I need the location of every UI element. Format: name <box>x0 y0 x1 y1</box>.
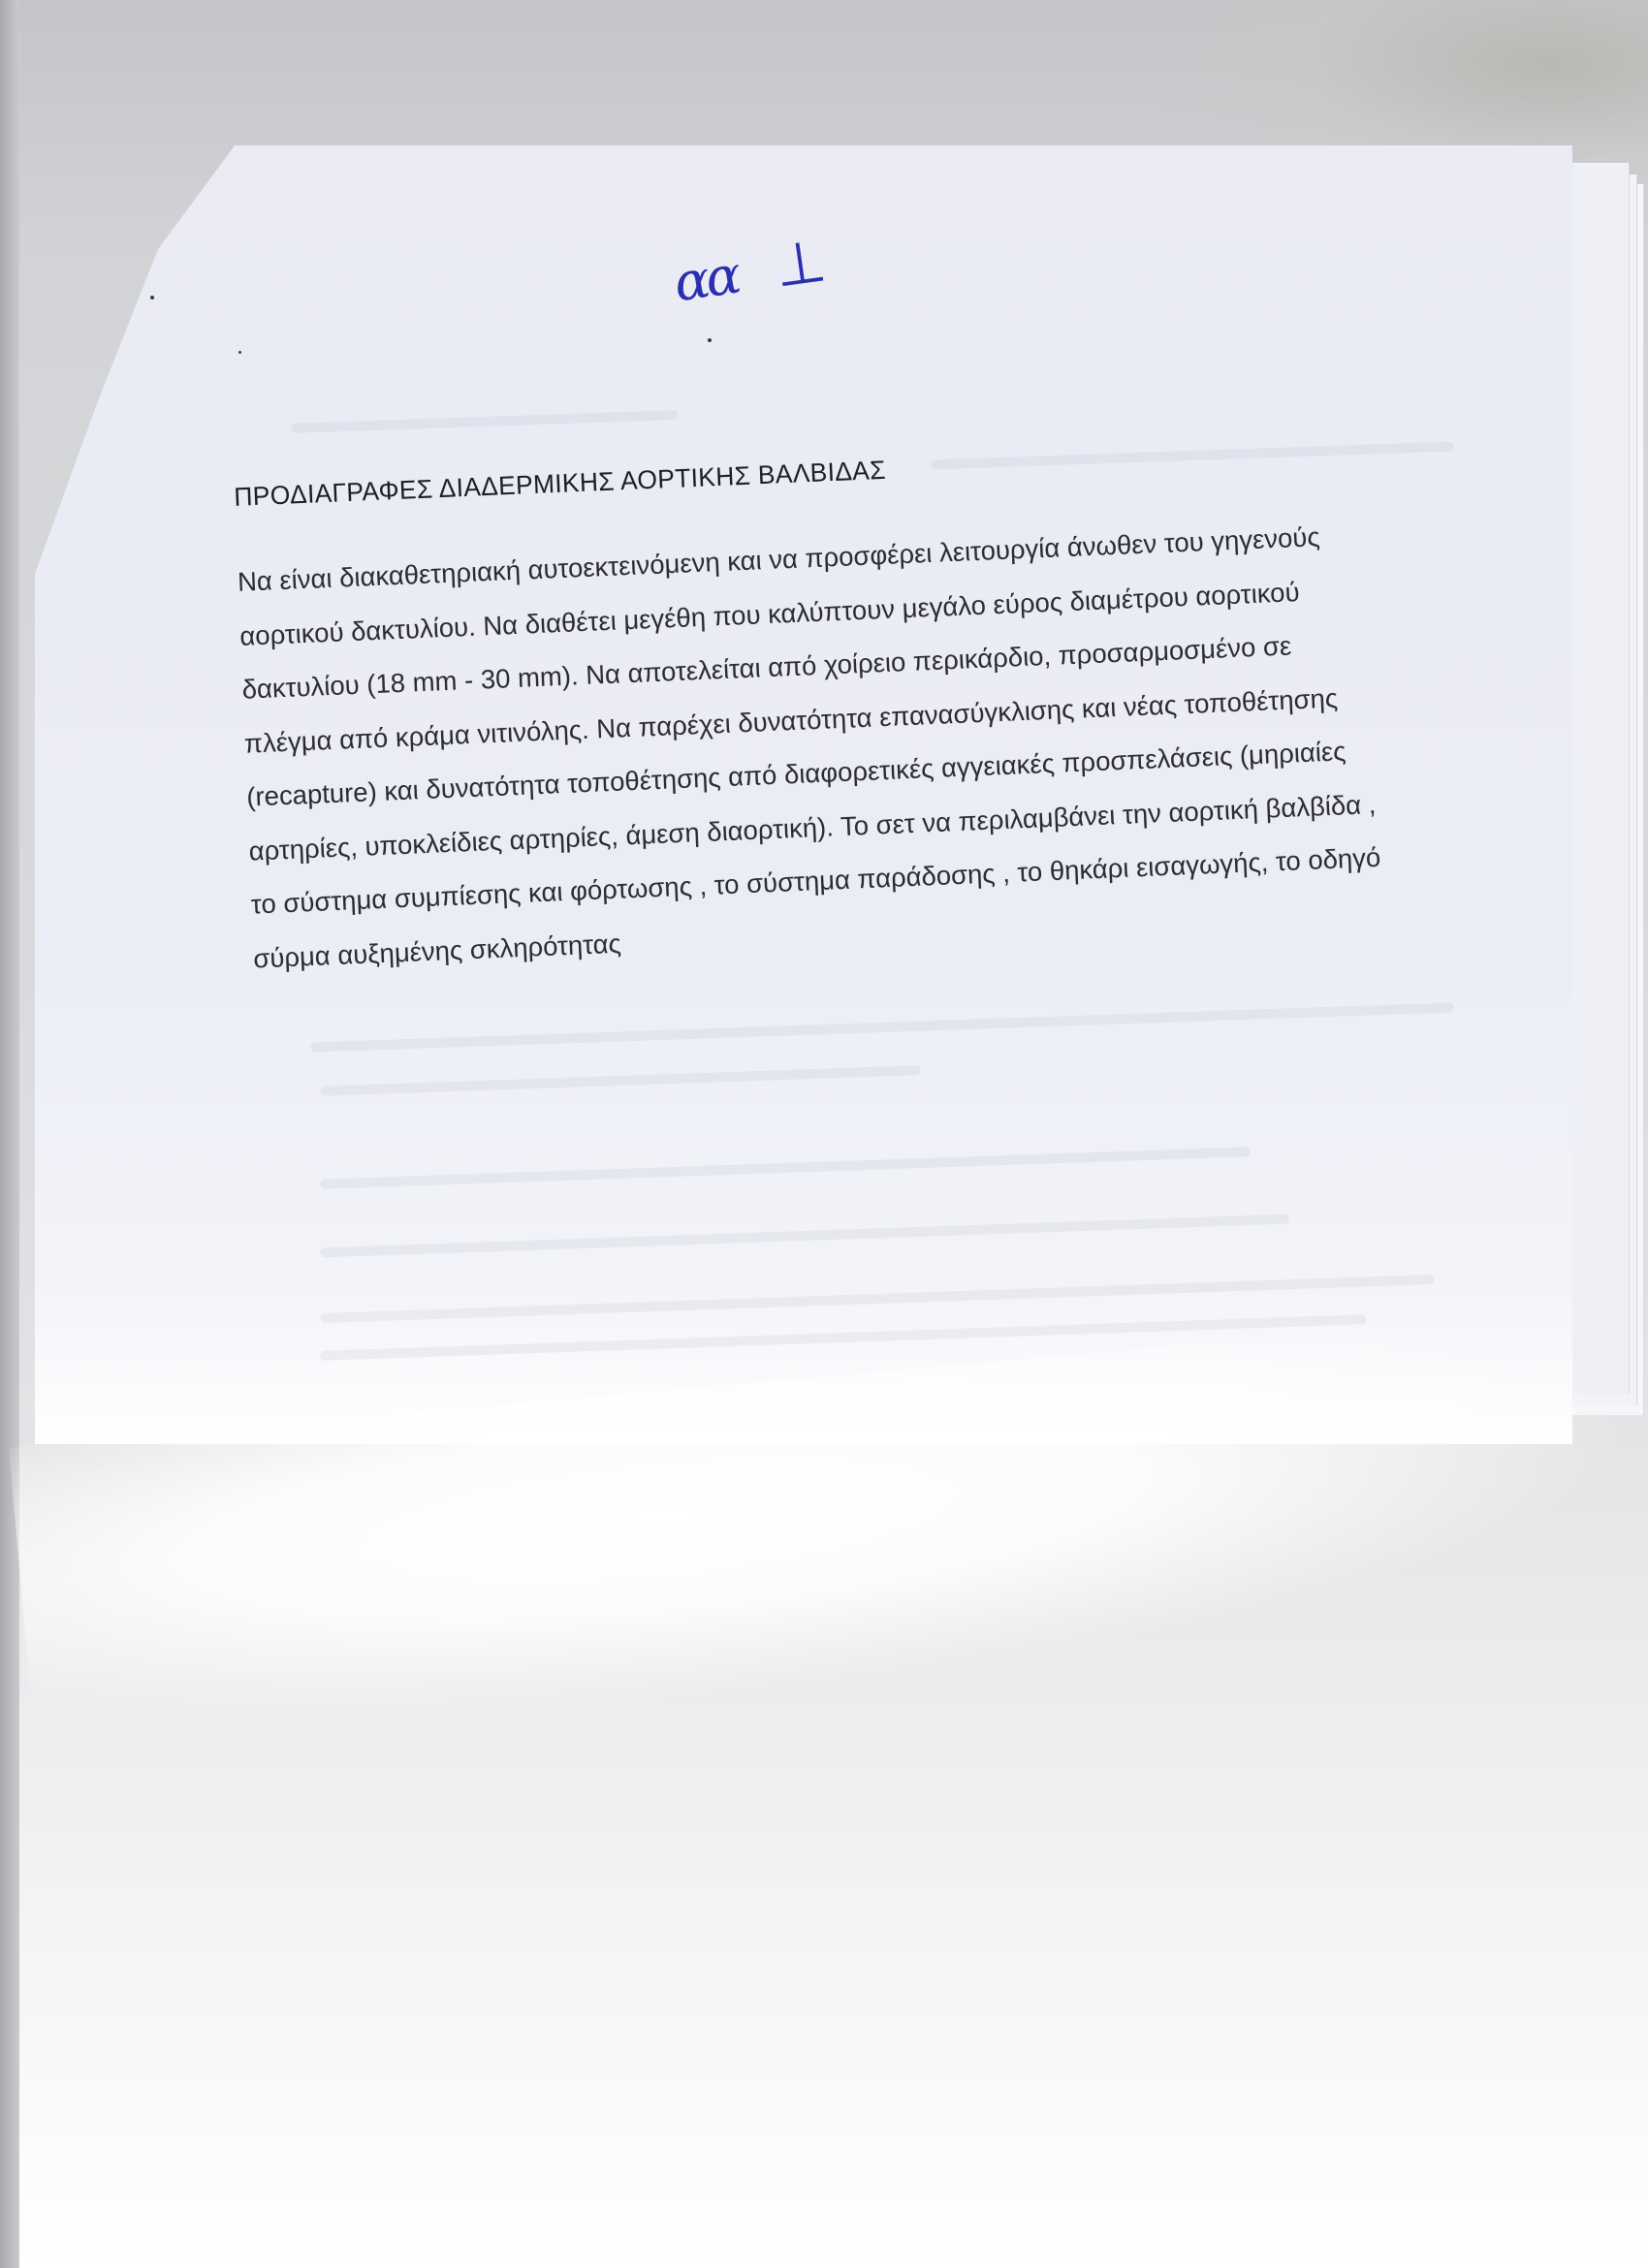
handwritten-mark: ⊥ <box>771 228 827 301</box>
dust-speck <box>238 351 241 354</box>
document-content: ΠΡΟΔΙΑΓΡΑΦΕΣ ΔΙΑΔΕΡΜΙΚΗΣ ΑΟΡΤΙΚΗΣ ΒΑΛΒΙΔ… <box>233 411 1552 986</box>
scanner-edge <box>0 0 19 2268</box>
handwritten-initials: αα <box>671 244 742 313</box>
dust-speck <box>150 296 154 299</box>
document-body: Να είναι διακαθετηριακή αυτοεκτεινόμενη … <box>237 501 1552 986</box>
dust-speck <box>708 338 712 342</box>
